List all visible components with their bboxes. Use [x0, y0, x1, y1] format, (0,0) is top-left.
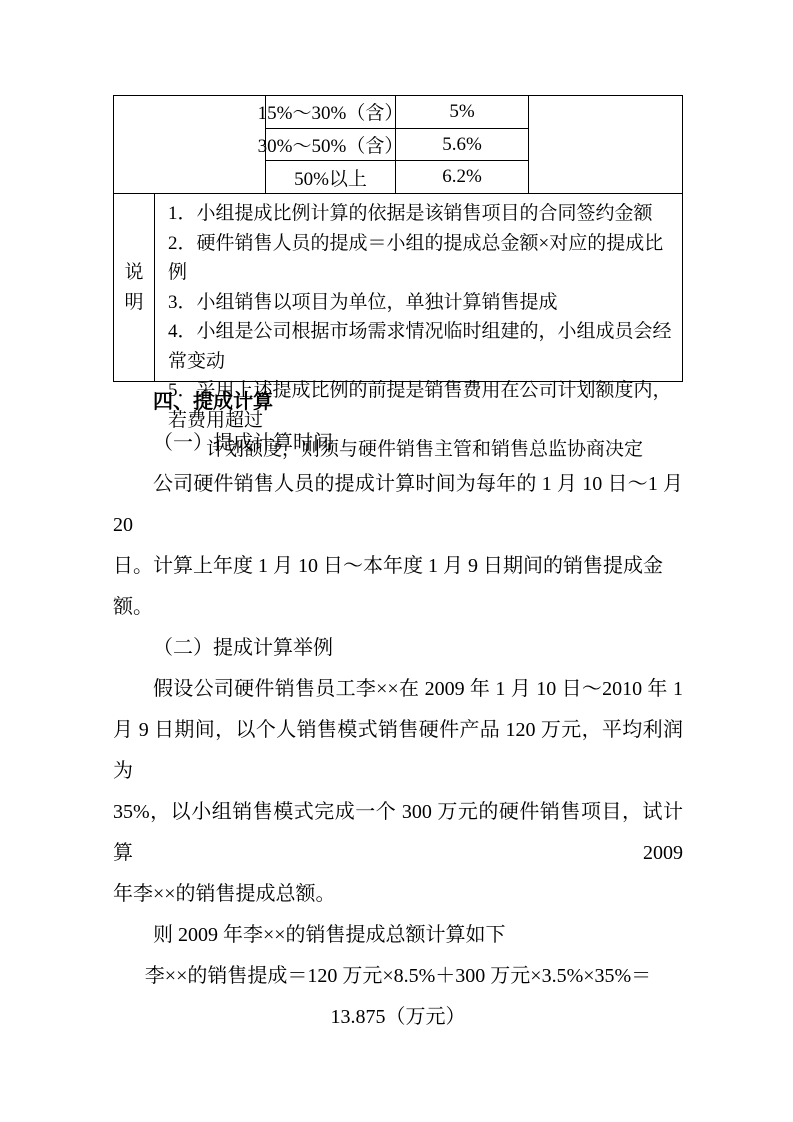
subsection-heading-1: （一）提成计算时间	[113, 423, 683, 464]
paragraph-line: 35%，以小组销售模式完成一个 300 万元的硬件销售项目，试计算 2009	[113, 792, 683, 874]
note-item: 1．小组提成比例计算的依据是该销售项目的合同签约金额	[168, 199, 678, 229]
tier-grid: 15%～30%（含） 5% 30%～50%（含） 5.6% 50%以上 6.2%	[266, 96, 529, 193]
table-empty-left-cell	[114, 96, 266, 193]
commission-rate-cell: 6.2%	[396, 161, 528, 193]
paragraph-line: 则 2009 年李××的销售提成总额计算如下	[113, 915, 683, 956]
notes-section: 说 明 1．小组提成比例计算的依据是该销售项目的合同签约金额 2．硬件销售人员的…	[114, 194, 682, 381]
section-heading: 四、提成计算	[113, 382, 683, 423]
paragraph-line: 日。计算上年度 1 月 10 日～本年度 1 月 9 日期间的销售提成金额。	[113, 546, 683, 628]
formula-line: 李××的销售提成＝120 万元×8.5%＋300 万元×3.5%×35%＝	[113, 956, 683, 997]
commission-rate-cell: 5%	[396, 96, 528, 128]
paragraph-line: 假设公司硬件销售员工李××在 2009 年 1 月 10 日～2010 年 1	[113, 669, 683, 710]
table-row: 15%～30%（含） 5%	[266, 96, 528, 128]
note-item: 3．小组销售以项目为单位，单独计算销售提成	[168, 288, 678, 318]
tier-section: 15%～30%（含） 5% 30%～50%（含） 5.6% 50%以上 6.2%	[114, 96, 682, 194]
profit-range-cell: 50%以上	[266, 161, 396, 193]
subsection-heading-2: （二）提成计算举例	[113, 628, 683, 669]
paragraph-line: 公司硬件销售人员的提成计算时间为每年的 1 月 10 日～1 月 20	[113, 464, 683, 546]
table-row: 30%～50%（含） 5.6%	[266, 128, 528, 161]
commission-rate-cell: 5.6%	[396, 129, 528, 161]
document-body: 四、提成计算 （一）提成计算时间 公司硬件销售人员的提成计算时间为每年的 1 月…	[113, 382, 683, 1038]
note-item: 4．小组是公司根据市场需求情况临时组建的，小组成员会经常变动	[168, 317, 678, 376]
commission-rate-table: 15%～30%（含） 5% 30%～50%（含） 5.6% 50%以上 6.2%…	[113, 95, 683, 382]
document-page: 15%～30%（含） 5% 30%～50%（含） 5.6% 50%以上 6.2%…	[0, 0, 793, 1122]
notes-label-char: 说	[124, 258, 143, 288]
paragraph-line: 年李××的销售提成总额。	[113, 874, 683, 915]
formula-result-line: 13.875（万元）	[113, 997, 683, 1038]
note-item: 2．硬件销售人员的提成＝小组的提成总金额×对应的提成比例	[168, 229, 678, 288]
profit-range-cell: 15%～30%（含）	[266, 96, 396, 128]
notes-label-char: 明	[124, 288, 143, 318]
notes-list: 1．小组提成比例计算的依据是该销售项目的合同签约金额 2．硬件销售人员的提成＝小…	[155, 194, 682, 381]
table-row: 50%以上 6.2%	[266, 160, 528, 193]
profit-range-cell: 30%～50%（含）	[266, 129, 396, 161]
notes-label: 说 明	[114, 194, 155, 381]
table-empty-right-cell	[529, 96, 682, 193]
paragraph-line: 月 9 日期间，以个人销售模式销售硬件产品 120 万元，平均利润为	[113, 710, 683, 792]
